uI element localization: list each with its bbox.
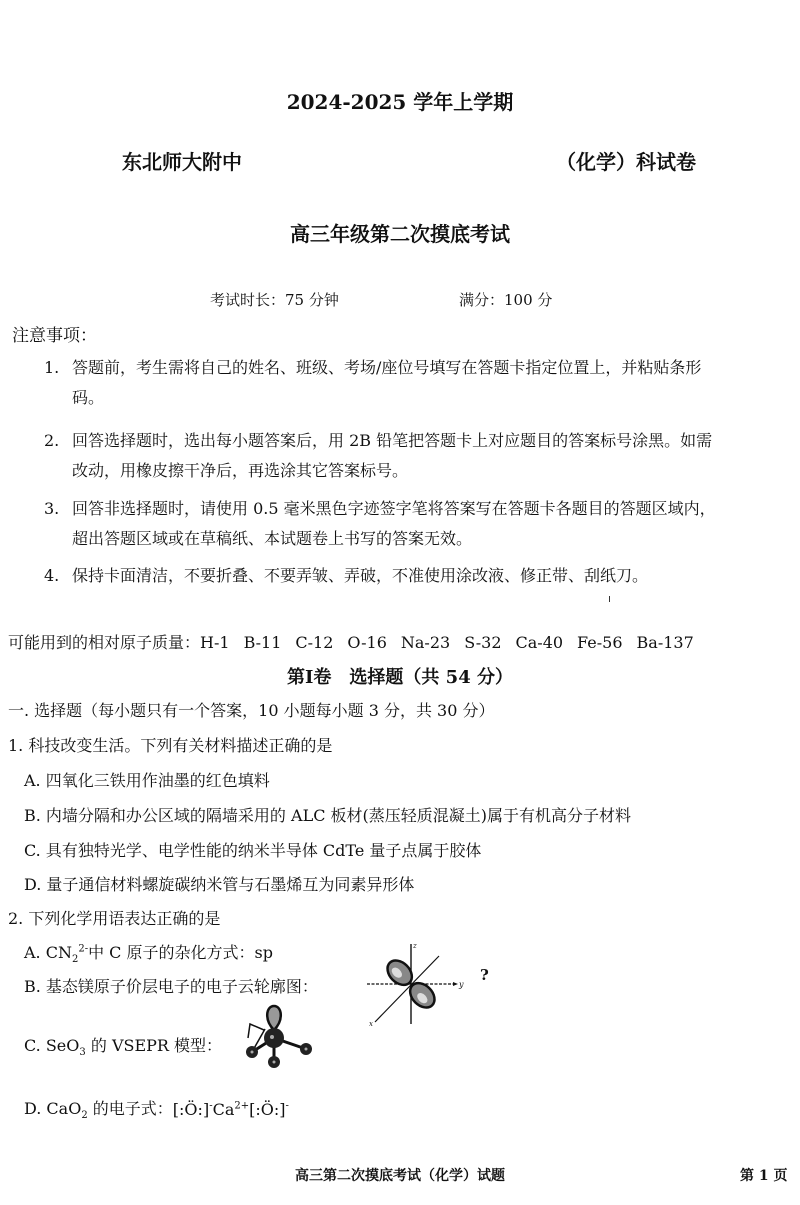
question-2-option-b: B. 基态镁原子价层电子的电子云轮廓图： xyxy=(24,974,318,997)
option-c-text: 的 VSEPR 模型： xyxy=(86,1036,222,1055)
note-text-continued: 改动，用橡皮擦干净后，再选涂其它答案标号。 xyxy=(44,456,794,486)
atomic-masses-label: 可能用到的相对原子质量： xyxy=(8,633,200,652)
electron-formula: [:Ö:]-Ca2+[:Ö:]- xyxy=(173,1100,289,1119)
atomic-mass-value: C-12 xyxy=(295,633,333,652)
question-1-option-b: B. 内墙分隔和办公区域的隔墙采用的 ALC 板材(蒸压轻质混凝土)属于有机高分… xyxy=(24,803,631,826)
axis-y-label: y xyxy=(458,980,464,989)
note-number: 1. xyxy=(44,353,72,383)
note-text: 保持卡面清洁，不要折叠、不要弄皱、弄破，不准使用涂改液、修正带、刮纸刀。 xyxy=(72,566,648,585)
calcium-cation: Ca xyxy=(213,1100,235,1119)
peroxide-ion-right: [:Ö:] xyxy=(249,1100,285,1119)
electron-cloud-icon: z y x xyxy=(355,938,475,1028)
note-text: 回答非选择题时，请使用 0.5 毫米黑色字迹签字笔将答案写在答题卡各题目的答题区… xyxy=(72,499,716,518)
question-1-option-c: C. 具有独特光学、电学性能的纳米半导体 CdTe 量子点属于胶体 xyxy=(24,838,481,861)
axis-x-label: x xyxy=(369,1020,373,1028)
note-text-continued: 码。 xyxy=(44,383,794,413)
option-b-text: B. 基态镁原子价层电子的电子云轮廓图： xyxy=(24,977,318,996)
atomic-mass-value: O-16 xyxy=(347,633,386,652)
academic-year: 2024-2025 学年上学期 xyxy=(0,86,800,115)
atomic-mass-value: Na-23 xyxy=(401,633,450,652)
question-2-option-d: D. CaO2 的电子式：[:Ö:]-Ca2+[:Ö:]- xyxy=(24,1096,289,1119)
footer-title: 高三第二次摸底考试（化学）试题 xyxy=(0,1165,800,1185)
axis-z-label: z xyxy=(412,942,417,950)
question-2-stem: 2. 下列化学用语表达正确的是 xyxy=(8,906,220,929)
charge: - xyxy=(286,1101,289,1112)
vsepr-model-diagram xyxy=(238,1002,318,1068)
page-number: 第 1 页 xyxy=(740,1165,788,1185)
atomic-mass-value: Ca-40 xyxy=(516,633,564,652)
option-a-formula: A. CN xyxy=(24,943,72,962)
note-text: 回答选择题时，选出每小题答案后，用 2B 铅笔把答题卡上对应题目的答案标号涂黑。… xyxy=(72,431,712,450)
scan-artifact-mark xyxy=(609,596,610,602)
atomic-mass-value: H-1 xyxy=(200,633,230,652)
peroxide-ion-left: [:Ö:] xyxy=(173,1100,209,1119)
exam-title: 高三年级第二次摸底考试 xyxy=(0,218,800,247)
notes-heading: 注意事项： xyxy=(12,321,97,346)
note-item: 1.答题前，考生需将自己的姓名、班级、考场/座位号填写在答题卡指定位置上，并粘贴… xyxy=(44,353,794,413)
option-a-text: 中 C 原子的杂化方式：sp xyxy=(88,943,273,962)
question-1-stem: 1. 科技改变生活。下列有关材料描述正确的是 xyxy=(8,733,332,756)
full-mark: 满分：100 分 xyxy=(459,289,552,310)
option-d-formula: D. CaO xyxy=(24,1099,81,1118)
question-2-option-a: A. CN22-中 C 原子的杂化方式：sp xyxy=(24,940,273,963)
atomic-masses: 可能用到的相对原子质量：H-1B-11C-12O-16Na-23S-32Ca-4… xyxy=(8,630,694,653)
note-text-continued: 超出答题区域或在草稿纸、本试题卷上书写的答案无效。 xyxy=(44,524,794,554)
exam-duration: 考试时长：75 分钟 xyxy=(210,289,339,310)
note-item: 3.回答非选择题时，请使用 0.5 毫米黑色字迹签字笔将答案写在答题卡各题目的答… xyxy=(44,494,794,554)
note-number: 2. xyxy=(44,426,72,456)
part-title: 一. 选择题（每小题只有一个答案，10 小题每小题 3 分，共 30 分） xyxy=(8,698,495,721)
section-title: 第Ⅰ卷 选择题（共 54 分） xyxy=(0,663,800,689)
school-name: 东北师大附中 xyxy=(122,146,242,175)
note-item: 4.保持卡面清洁，不要折叠、不要弄皱、弄破，不准使用涂改液、修正带、刮纸刀。 xyxy=(44,561,794,591)
question-2-option-c: C. SeO3 的 VSEPR 模型： xyxy=(24,1033,222,1056)
question-1-option-d: D. 量子通信材料螺旋碳纳米管与石墨烯互为同素异形体 xyxy=(24,872,414,895)
note-text: 答题前，考生需将自己的姓名、班级、考场/座位号填写在答题卡指定位置上，并粘贴条形 xyxy=(72,358,701,377)
stray-mark: ? xyxy=(480,966,489,984)
superscript: 2- xyxy=(78,944,88,955)
atomic-mass-value: B-11 xyxy=(244,633,282,652)
note-number: 4. xyxy=(44,561,72,591)
molecule-model-icon xyxy=(238,1002,318,1068)
note-number: 3. xyxy=(44,494,72,524)
atomic-mass-value: Ba-137 xyxy=(637,633,694,652)
subject-title: （化学）科试卷 xyxy=(556,146,696,175)
option-c-formula: C. SeO xyxy=(24,1036,79,1055)
subscript: 2 xyxy=(72,954,78,965)
note-item: 2.回答选择题时，选出每小题答案后，用 2B 铅笔把答题卡上对应题目的答案标号涂… xyxy=(44,426,794,486)
question-1-option-a: A. 四氧化三铁用作油墨的红色填料 xyxy=(24,768,270,791)
atomic-mass-value: Fe-56 xyxy=(577,633,622,652)
option-d-text: 的电子式： xyxy=(88,1099,173,1118)
charge: 2+ xyxy=(234,1101,249,1112)
atomic-mass-value: S-32 xyxy=(464,633,501,652)
p-orbital-diagram: z y x xyxy=(355,938,475,1028)
